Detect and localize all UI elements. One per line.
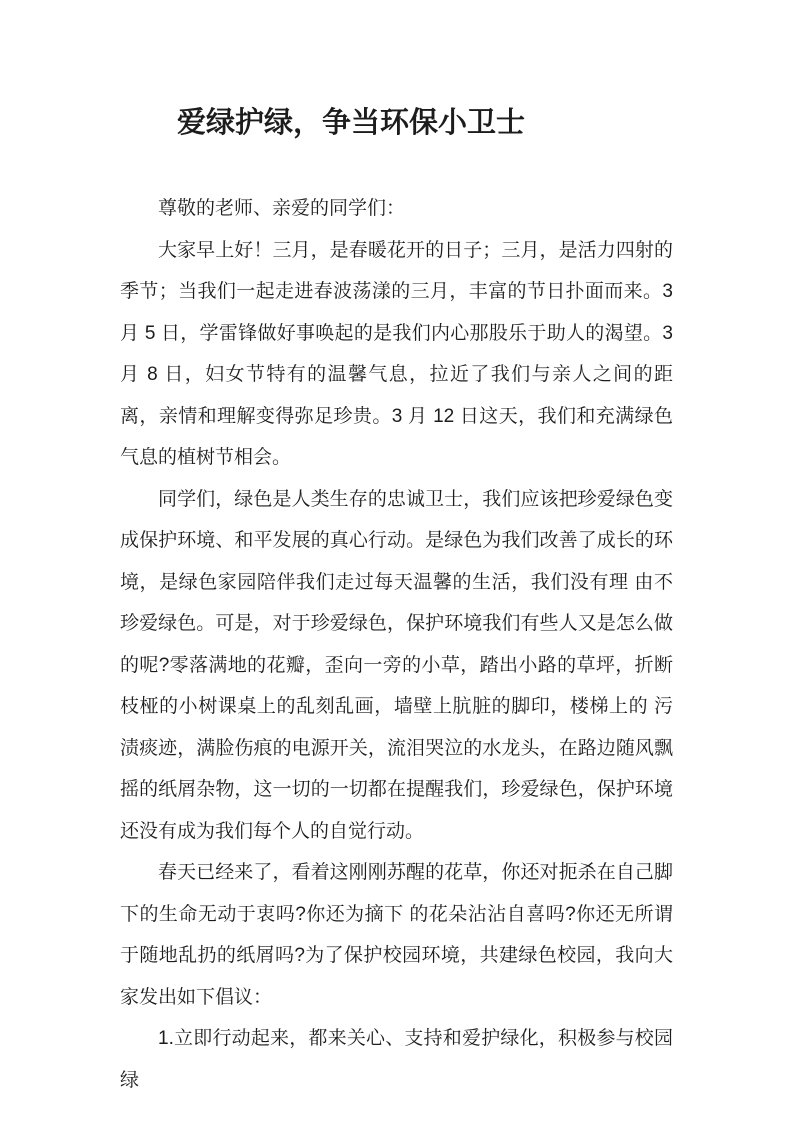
paragraph-green-problems: 同学们，绿色是人类生存的忠诚卫士，我们应该把珍爱绿色变成保护环境、和平发展的真心…: [120, 479, 673, 853]
paragraph-proposal-item-1: 1.立即行动起来，都来关心、支持和爱护绿化，积极参与校园绿: [120, 1018, 673, 1101]
document-body: 尊敬的老师、亲爱的同学们： 大家早上好！三月，是春暖花开的日子；三月，是活力四射…: [120, 188, 673, 1101]
document-page: 爱绿护绿，争当环保小卫士 尊敬的老师、亲爱的同学们： 大家早上好！三月，是春暖花…: [0, 0, 793, 1122]
document-title: 爱绿护绿，争当环保小卫士: [177, 106, 525, 140]
paragraph-salutation: 尊敬的老师、亲爱的同学们：: [120, 188, 673, 230]
paragraph-march-festivals: 大家早上好！三月，是春暖花开的日子；三月，是活力四射的季节；当我们一起走进春波荡…: [120, 230, 673, 479]
paragraph-spring-appeal: 春天已经来了，看着这刚刚苏醒的花草，你还对扼杀在自己脚下的生命无动于衷吗?你还为…: [120, 852, 673, 1018]
